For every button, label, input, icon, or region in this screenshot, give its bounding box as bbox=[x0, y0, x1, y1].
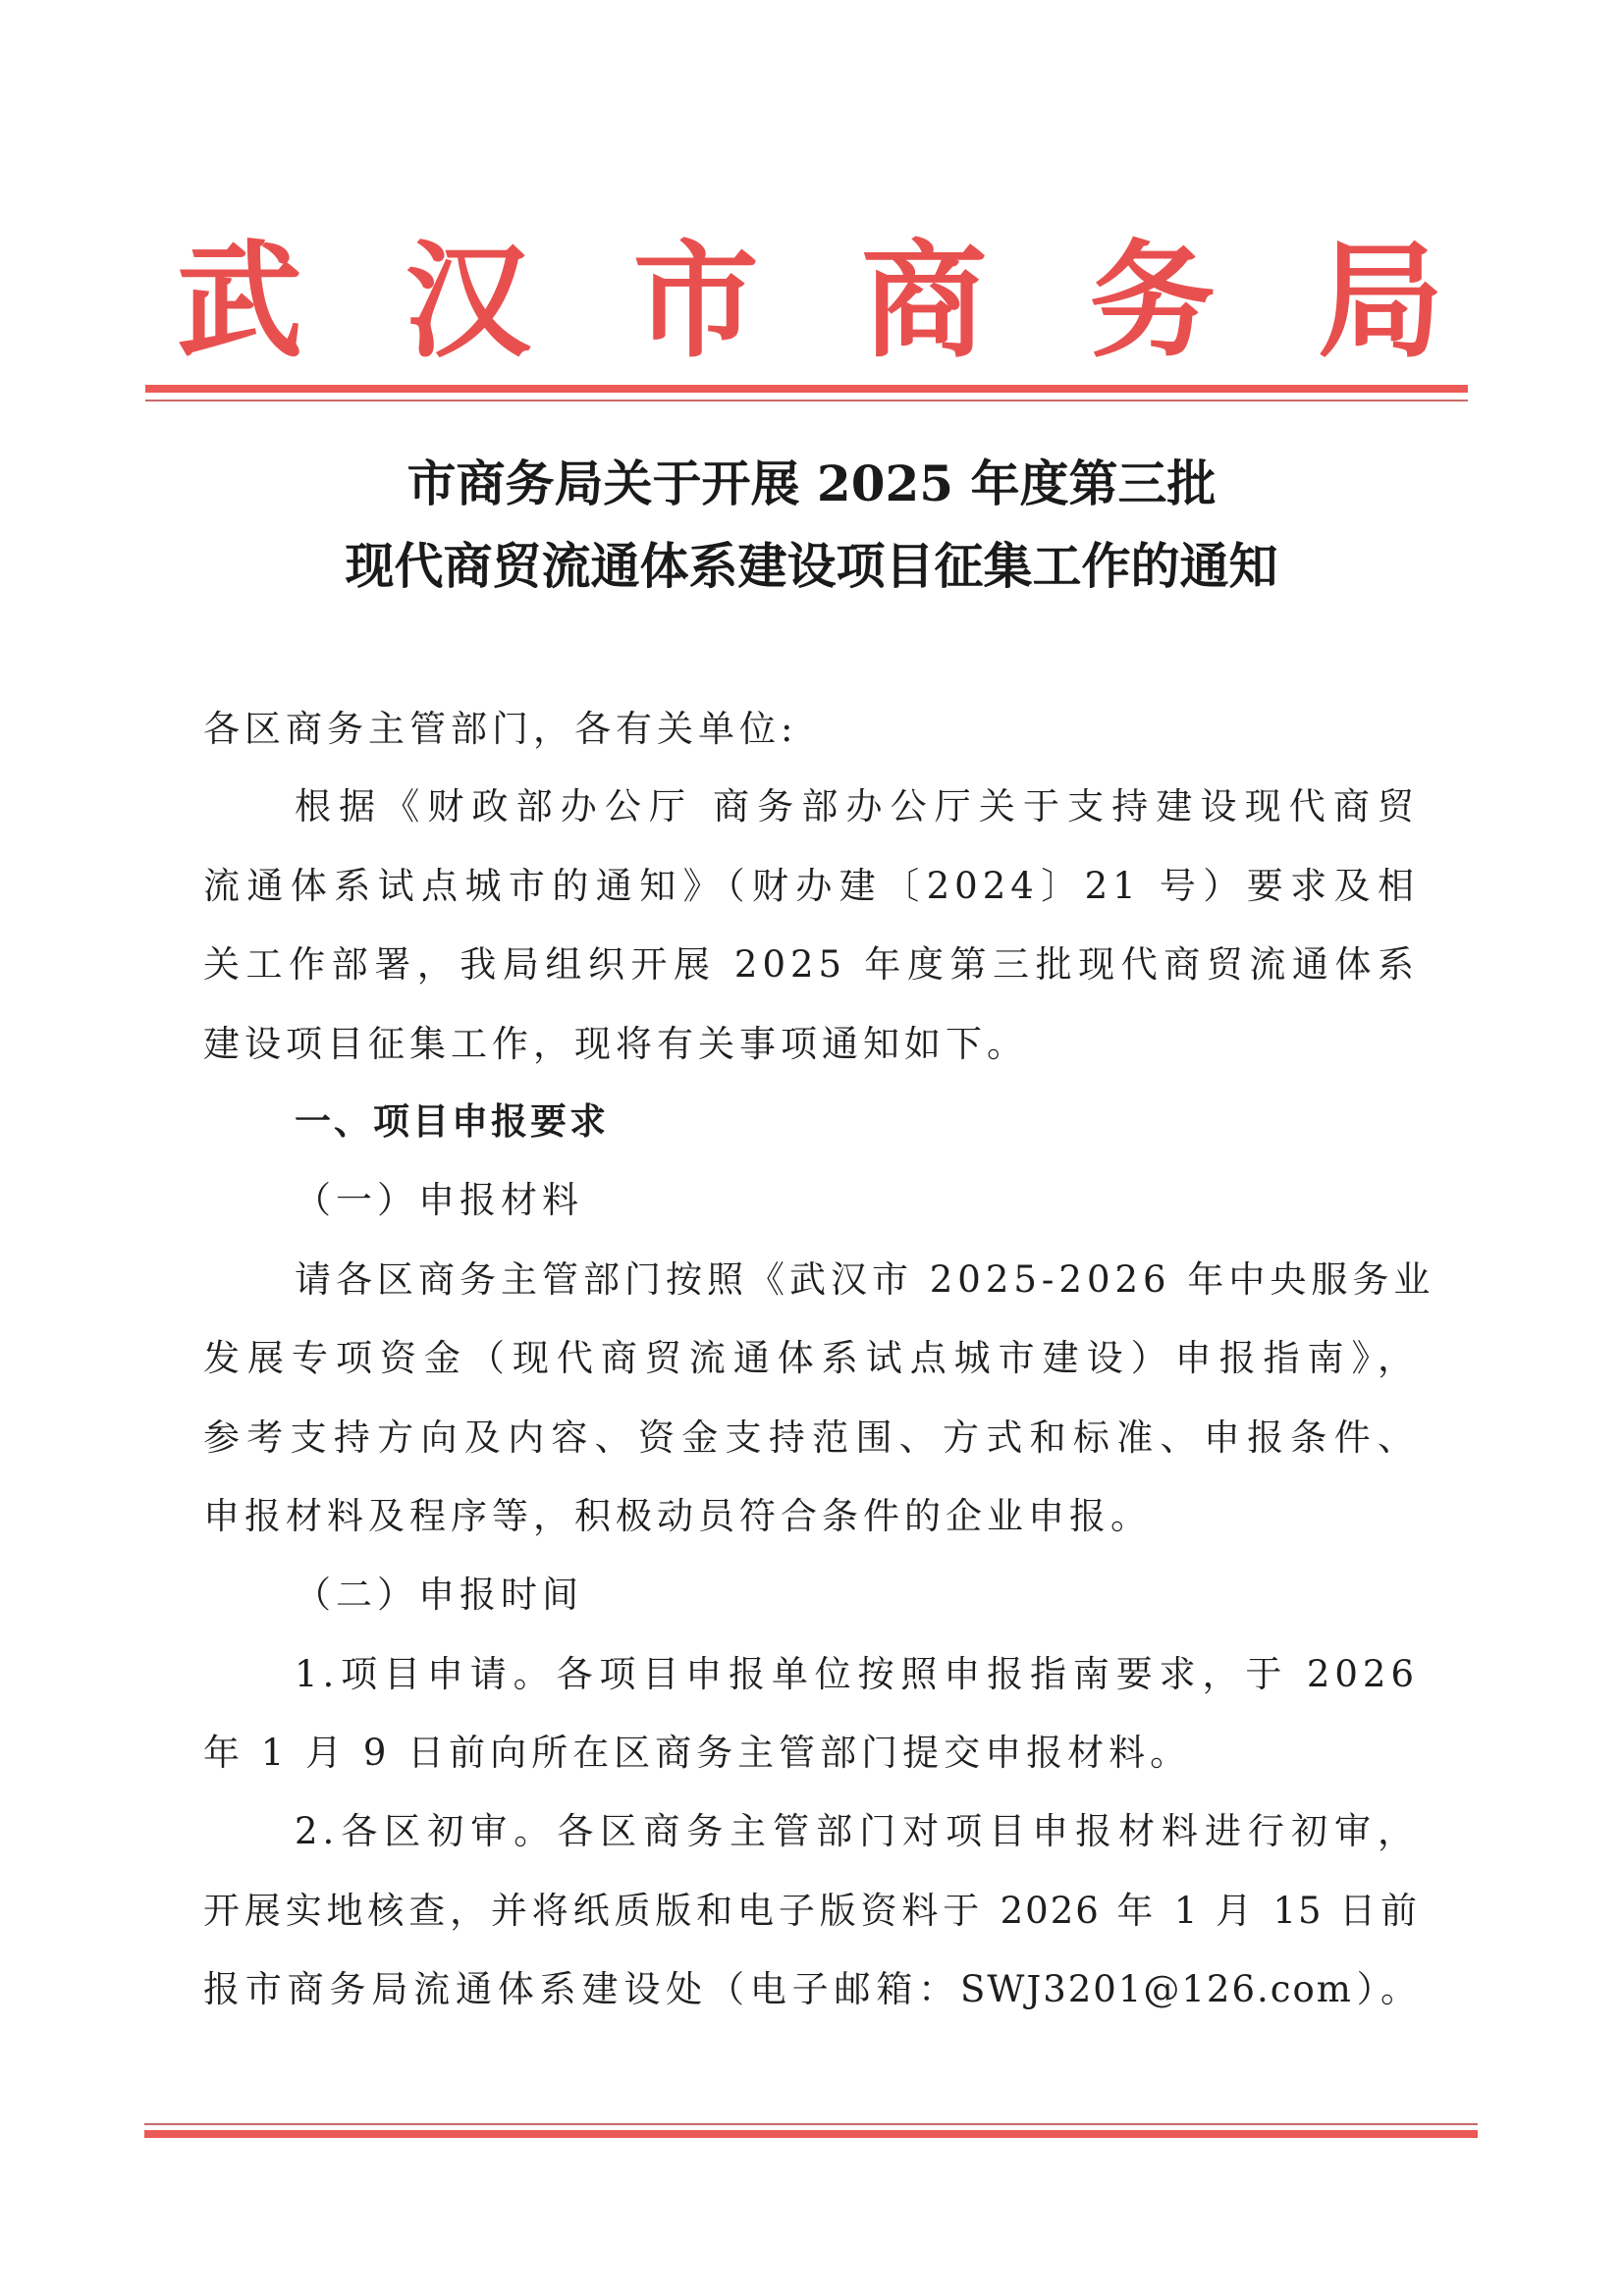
intro-line: 根据《财政部办公厅 商务部办公厅关于支持建设现代商贸 bbox=[295, 777, 1419, 836]
document-title-line-1: 市商务局关于开展 2025 年度第三批 bbox=[0, 444, 1623, 524]
list-item-line: 1.项目申请。各项目申报单位按照申报指南要求，于 2026 bbox=[295, 1645, 1419, 1704]
salutation: 各区商务主管部门，各有关单位: bbox=[203, 700, 1419, 759]
section-heading: 一、项目申报要求 bbox=[295, 1093, 1419, 1151]
intro-line: 关工作部署，我局组织开展 2025 年度第三批现代商贸流通体系 bbox=[203, 935, 1419, 994]
paragraph-line: 请各区商务主管部门按照《武汉市 2025-2026 年中央服务业 bbox=[295, 1251, 1419, 1309]
subsection-heading: （一）申报材料 bbox=[295, 1171, 1510, 1230]
intro-line: 流通体系试点城市的通知》（财办建〔2024〕21 号）要求及相 bbox=[203, 857, 1419, 916]
letterhead-char: 汉 bbox=[405, 228, 530, 375]
paragraph-line: 参考支持方向及内容、资金支持范围、方式和标准、申报条件、 bbox=[203, 1409, 1419, 1468]
paragraph-line: 申报材料及程序等，积极动员符合条件的企业申报。 bbox=[203, 1487, 1419, 1546]
letterhead-char: 市 bbox=[633, 228, 759, 375]
list-item-line: 报市商务局流通体系建设处（电子邮箱：SWJ3201@126.com）。 bbox=[203, 1960, 1419, 2019]
letterhead: 武 汉 市 商 务 局 bbox=[177, 228, 1443, 375]
letterhead-char: 商 bbox=[861, 228, 987, 375]
intro-line: 建设项目征集工作，现将有关事项通知如下。 bbox=[203, 1015, 1419, 1074]
list-item-line: 年 1 月 9 日前向所在区商务主管部门提交申报材料。 bbox=[203, 1724, 1419, 1783]
list-item-line: 开展实地核查，并将纸质版和电子版资料于 2026 年 1 月 15 日前 bbox=[203, 1882, 1419, 1941]
letterhead-char: 局 bbox=[1318, 228, 1443, 375]
subsection-heading: （二）申报时间 bbox=[295, 1566, 1510, 1625]
document-title-line-2: 现代商贸流通体系建设项目征集工作的通知 bbox=[0, 526, 1623, 607]
header-rule-thick bbox=[145, 385, 1468, 393]
footer-rule-thick bbox=[144, 2130, 1478, 2138]
header-rule-thin bbox=[145, 400, 1468, 401]
list-item-line: 2.各区初审。各区商务主管部门对项目申报材料进行初审， bbox=[295, 1802, 1419, 1861]
letterhead-char: 武 bbox=[177, 228, 302, 375]
letterhead-char: 务 bbox=[1090, 228, 1216, 375]
footer-rule-thin bbox=[144, 2123, 1478, 2125]
paragraph-line: 发展专项资金（现代商贸流通体系试点城市建设）申报指南》， bbox=[203, 1329, 1419, 1388]
